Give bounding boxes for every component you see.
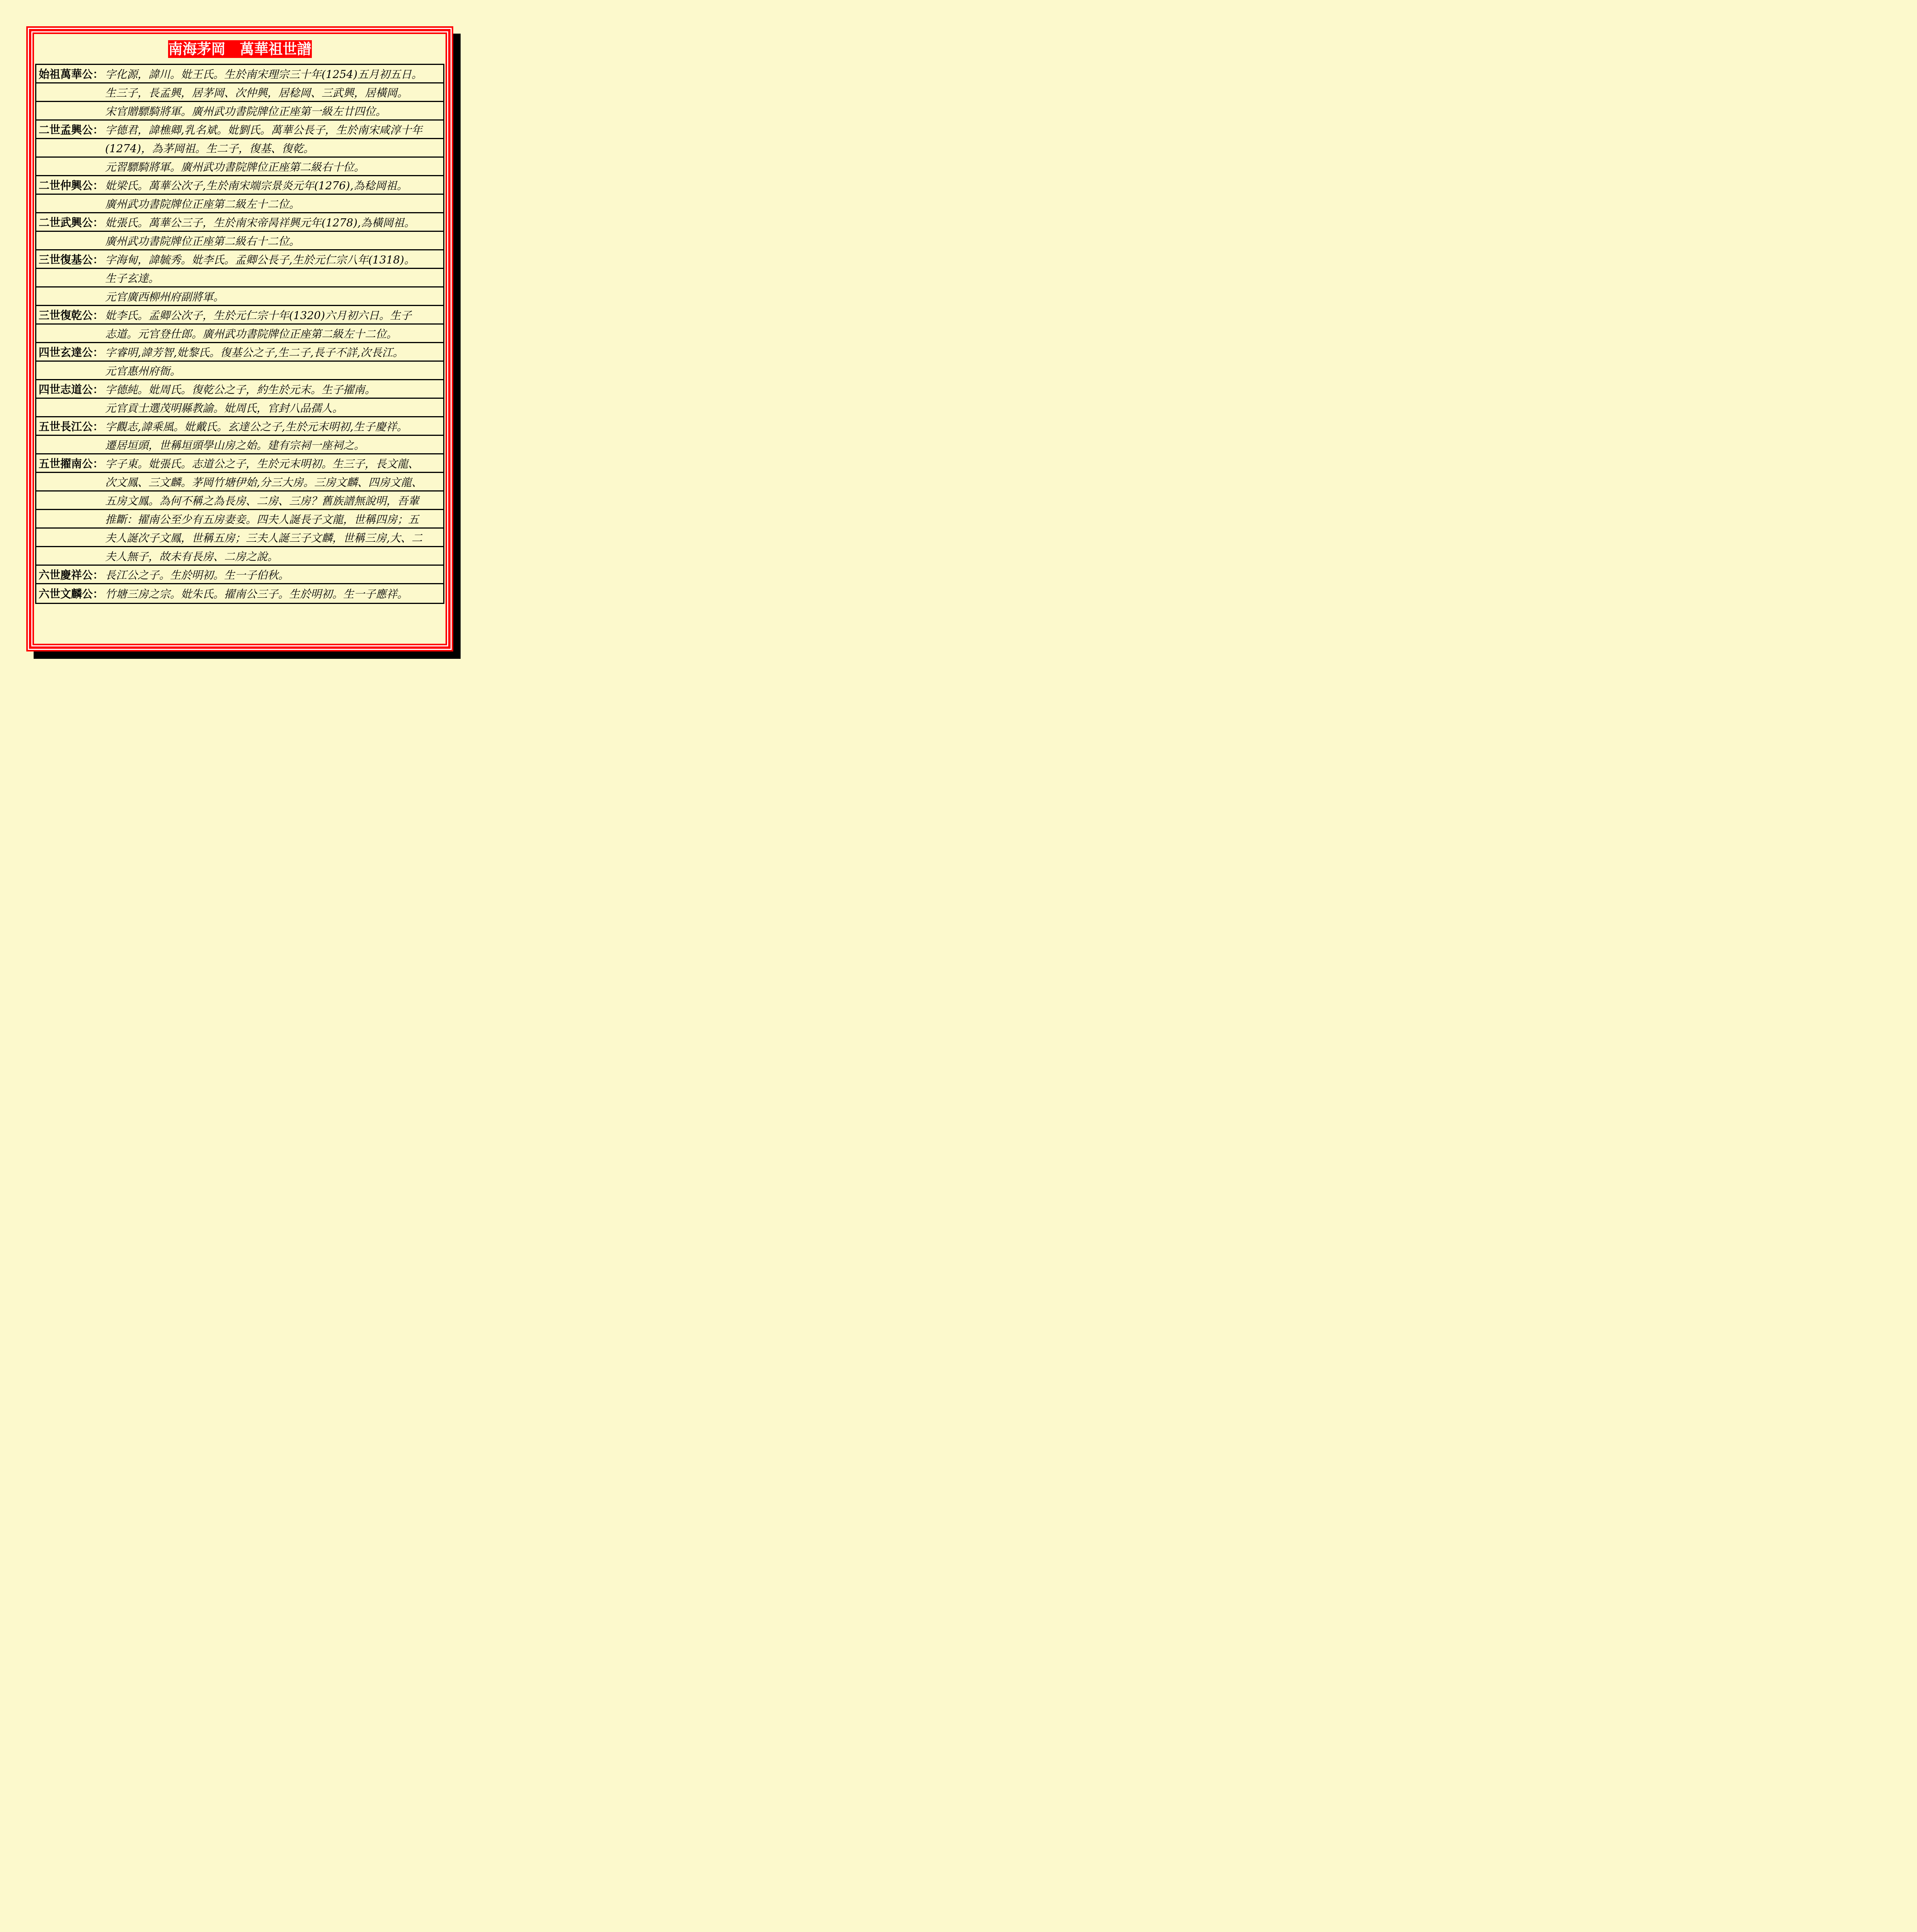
ancestor-detail-line: 夫人無子，故未有長房、二房之說。 [36, 548, 278, 564]
table-row: 推斷：擢南公至少有五房妻妾。四夫人誕長子文龍，世稱四房；五 [36, 510, 443, 529]
table-row: 三世復乾公：妣李氏。孟卿公次子，生於元仁宗十年(1320)六月初六日。生子 [36, 306, 443, 325]
ancestor-detail-line: 夫人誕次子文鳳，世稱五房；三夫人誕三子文麟，世稱三房,大、二 [36, 530, 422, 545]
table-row: 元官廣西柳州府副將軍。 [36, 287, 443, 306]
middle-red-frame: 南海茅岡 萬華祖世譜 始祖萬華公：字化源，諱川。妣王氏。生於南宋理宗三十年(12… [29, 29, 451, 649]
table-row: 二世武興公：妣張氏。萬華公三子，生於南宋帝昺祥興元年(1278),為橫岡祖。 [36, 213, 443, 232]
table-row: 生三子，長孟興，居茅岡、次仲興，居稔岡、三武興，居橫岡。 [36, 83, 443, 102]
ancestor-name: 三世復基公： [36, 252, 105, 267]
ancestor-name: 五世長江公： [36, 418, 105, 434]
ancestor-detail-line: 字化源，諱川。妣王氏。生於南宋理宗三十年(1254)五月初五日。 [105, 66, 422, 82]
ancestor-detail-line: 字觀志,諱乘風。妣戴氏。玄達公之子,生於元末明初,生子慶祥。 [105, 418, 408, 434]
ancestor-detail-line: 長江公之子。生於明初。生一子伯秋。 [105, 567, 289, 582]
ancestor-name: 始祖萬華公： [36, 66, 105, 82]
table-row: 廣州武功書院牌位正座第二級左十二位。 [36, 195, 443, 213]
ancestor-detail-line: 妣李氏。孟卿公次子，生於元仁宗十年(1320)六月初六日。生子 [105, 307, 412, 323]
table-row: (1274)，為茅岡祖。生二子，復基、復乾。 [36, 139, 443, 158]
ancestor-name: 五世擢南公： [36, 456, 105, 471]
outer-red-frame: 南海茅岡 萬華祖世譜 始祖萬華公：字化源，諱川。妣王氏。生於南宋理宗三十年(12… [26, 26, 453, 651]
ancestor-detail-line: 廣州武功書院牌位正座第二級右十二位。 [36, 233, 300, 248]
ancestor-detail-line: 生子玄達。 [36, 270, 159, 286]
ancestor-detail-line: 妣張氏。萬華公三子，生於南宋帝昺祥興元年(1278),為橫岡祖。 [105, 214, 415, 230]
ancestor-name: 二世武興公： [36, 214, 105, 230]
ancestor-name: 二世孟興公： [36, 122, 105, 137]
table-row: 志道。元官登仕郎。廣州武功書院牌位正座第二級左十二位。 [36, 325, 443, 343]
table-row: 四世志道公：字德純。妣周氏。復乾公之子，約生於元末。生子擢南。 [36, 380, 443, 399]
table-row: 二世孟興公：字德君，諱樵卿,乳名斌。妣劉氏。萬華公長子，生於南宋咸淳十年 [36, 121, 443, 139]
table-row: 夫人誕次子文鳳，世稱五房；三夫人誕三子文麟，世稱三房,大、二 [36, 529, 443, 547]
ancestor-name: 四世志道公： [36, 381, 105, 397]
table-row: 二世仲興公：妣梁氏。萬華公次子,生於南宋端宗景炎元年(1276),為稔岡祖。 [36, 176, 443, 195]
ancestor-detail-line: 字德君，諱樵卿,乳名斌。妣劉氏。萬華公長子，生於南宋咸淳十年 [105, 122, 422, 137]
table-row: 元習驃騎將軍。廣州武功書院牌位正座第二級右十位。 [36, 158, 443, 176]
ancestor-detail-line: 竹塘三房之宗。妣朱氏。擢南公三子。生於明初。生一子應祥。 [105, 586, 408, 601]
ancestor-detail-line: 元官惠州府衙。 [36, 363, 181, 378]
ancestor-detail-line: 妣梁氏。萬華公次子,生於南宋端宗景炎元年(1276),為稔岡祖。 [105, 177, 408, 193]
table-row: 夫人無子，故未有長房、二房之說。 [36, 547, 443, 566]
inner-red-frame: 南海茅岡 萬華祖世譜 始祖萬華公：字化源，諱川。妣王氏。生於南宋理宗三十年(12… [32, 32, 447, 645]
ancestor-name: 四世玄達公： [36, 344, 105, 360]
table-row: 宋官贈驃騎將軍。廣州武功書院牌位正座第一級左廿四位。 [36, 102, 443, 121]
page-title: 南海茅岡 萬華祖世譜 [168, 40, 312, 58]
ancestor-detail-line: 字德純。妣周氏。復乾公之子，約生於元末。生子擢南。 [105, 381, 376, 397]
ancestor-name: 六世文麟公： [36, 586, 105, 601]
ancestor-detail-line: 廣州武功書院牌位正座第二級左十二位。 [36, 196, 300, 211]
table-row: 五房文鳳。為何不稱之為長房、二房、三房？舊族譜無說明，吾輩 [36, 492, 443, 510]
ancestor-name: 六世慶祥公： [36, 567, 105, 582]
table-row: 生子玄達。 [36, 269, 443, 287]
genealogy-table: 始祖萬華公：字化源，諱川。妣王氏。生於南宋理宗三十年(1254)五月初五日。生三… [35, 64, 444, 604]
ancestor-name: 三世復乾公： [36, 307, 105, 323]
ancestor-detail-line: 志道。元官登仕郎。廣州武功書院牌位正座第二級左十二位。 [36, 326, 397, 341]
table-row: 五世擢南公：字子東。妣張氏。志道公之子，生於元末明初。生三子，長文龍、 [36, 454, 443, 473]
ancestor-detail-line: 次文鳳、三文麟。茅岡竹塘伊始,分三大房。三房文麟、四房文龍、 [36, 474, 422, 490]
table-row: 遷居垣頭，世稱垣頭學山房之始。建有宗祠一座祠之。 [36, 436, 443, 454]
ancestor-detail-line: 字睿明,諱芳智,妣黎氏。復基公之子,生二子,長子不詳,次長江。 [105, 344, 404, 360]
table-row: 六世慶祥公：長江公之子。生於明初。生一子伯秋。 [36, 566, 443, 584]
table-row: 元官貢士選茂明縣教諭。妣周氏，官封八品孺人。 [36, 399, 443, 417]
table-row: 六世文麟公：竹塘三房之宗。妣朱氏。擢南公三子。生於明初。生一子應祥。 [36, 584, 443, 603]
ancestor-detail-line: 字子東。妣張氏。志道公之子，生於元末明初。生三子，長文龍、 [105, 456, 419, 471]
ancestor-detail-line: 生三子，長孟興，居茅岡、次仲興，居稔岡、三武興，居橫岡。 [36, 85, 408, 100]
table-row: 廣州武功書院牌位正座第二級右十二位。 [36, 232, 443, 250]
table-row: 次文鳳、三文麟。茅岡竹塘伊始,分三大房。三房文麟、四房文龍、 [36, 473, 443, 492]
ancestor-detail-line: 元官廣西柳州府副將軍。 [36, 289, 224, 304]
table-row: 始祖萬華公：字化源，諱川。妣王氏。生於南宋理宗三十年(1254)五月初五日。 [36, 65, 443, 83]
table-row: 五世長江公：字觀志,諱乘風。妣戴氏。玄達公之子,生於元末明初,生子慶祥。 [36, 417, 443, 436]
ancestor-detail-line: (1274)，為茅岡祖。生二子，復基、復乾。 [36, 140, 314, 156]
ancestor-detail-line: 五房文鳳。為何不稱之為長房、二房、三房？舊族譜無說明，吾輩 [36, 493, 419, 508]
ancestor-detail-line: 元習驃騎將軍。廣州武功書院牌位正座第二級右十位。 [36, 159, 365, 174]
ancestor-detail-line: 遷居垣頭，世稱垣頭學山房之始。建有宗祠一座祠之。 [36, 437, 365, 452]
ancestor-detail-line: 元官貢士選茂明縣教諭。妣周氏，官封八品孺人。 [36, 400, 343, 415]
table-row: 元官惠州府衙。 [36, 362, 443, 380]
table-row: 三世復基公：字海甸，諱毓秀。妣李氏。孟卿公長子,生於元仁宗八年(1318)。 [36, 250, 443, 269]
table-row: 四世玄達公：字睿明,諱芳智,妣黎氏。復基公之子,生二子,長子不詳,次長江。 [36, 343, 443, 362]
ancestor-detail-line: 字海甸，諱毓秀。妣李氏。孟卿公長子,生於元仁宗八年(1318)。 [105, 252, 415, 267]
ancestor-name: 二世仲興公： [36, 177, 105, 193]
ancestor-detail-line: 宋官贈驃騎將軍。廣州武功書院牌位正座第一級左廿四位。 [36, 103, 386, 119]
ancestor-detail-line: 推斷：擢南公至少有五房妻妾。四夫人誕長子文龍，世稱四房；五 [36, 511, 419, 527]
